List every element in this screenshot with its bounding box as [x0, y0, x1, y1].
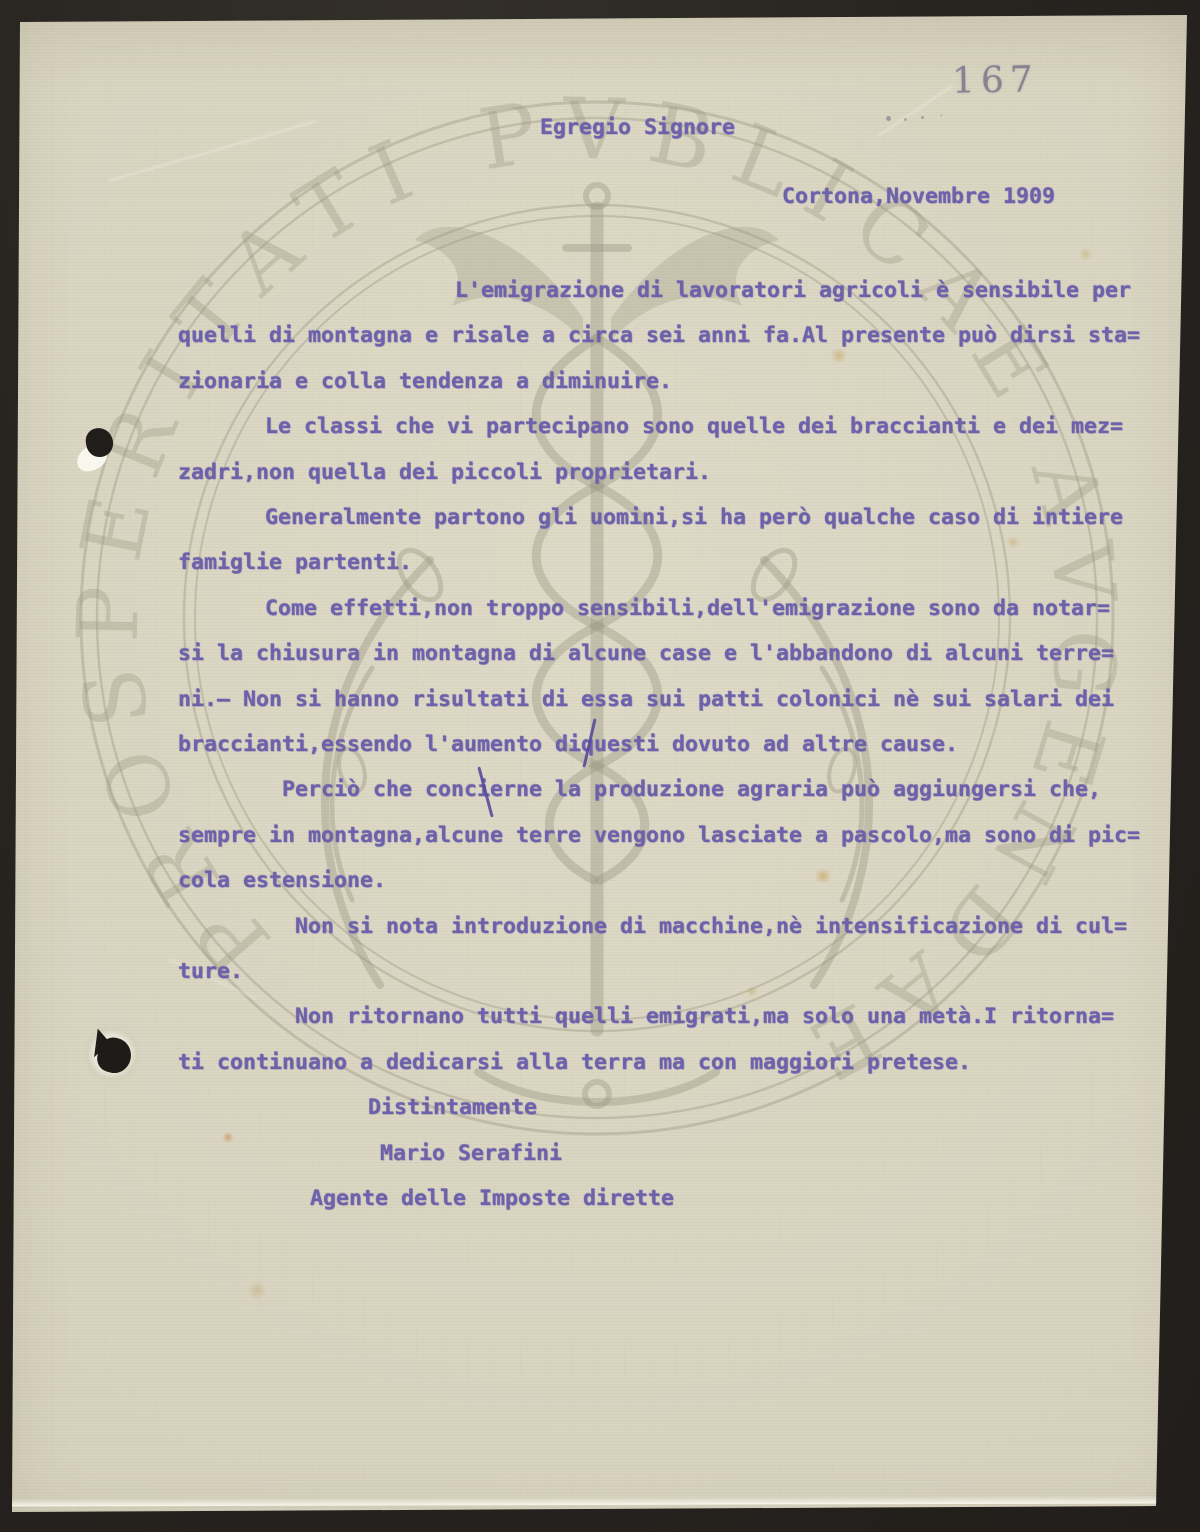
stain: [246, 1282, 268, 1299]
letter-line: Agente delle Imposte dirette: [310, 1186, 674, 1211]
stain: [746, 986, 758, 997]
dateline: Cortona,Novembre 1909: [782, 184, 1055, 209]
letter-line: ture.: [178, 959, 243, 984]
letter-line: cola estensione.: [178, 868, 386, 893]
seal-motto-text: PROSPERITATI PVBLICAE AVGENDAE: [59, 79, 1137, 1109]
letter-line: Le classi che vi partecipano sono quelle…: [265, 414, 1123, 439]
letter-line: quelli di montagna e risale a circa sei …: [178, 323, 1140, 348]
stain: [222, 1132, 234, 1143]
letter-line: braccianti,essendo l'aumento diquesti do…: [178, 732, 958, 757]
paper-edge-highlight: [10, 1495, 1160, 1506]
letter-line: ni.— Non si hanno risultati di essa sui …: [178, 687, 1114, 712]
letter-line: Non ritornano tutti quelli emigrati,ma s…: [295, 1004, 1114, 1029]
letter-line: Mario Serafini: [380, 1141, 562, 1166]
letter-line: Come effetti,non troppo sensibili,dell'e…: [265, 596, 1110, 621]
letter-line: zionaria e colla tendenza a diminuire.: [178, 369, 672, 394]
letter-line: L'emigrazione di lavoratori agricoli è s…: [455, 278, 1131, 303]
embossed-seal-watermark: PROSPERITATI PVBLICAE AVGENDAE: [0, 0, 1200, 1532]
letter-line: Perciò che concierne la produzione agrar…: [282, 777, 1101, 802]
stain: [830, 348, 848, 363]
letter-line: sempre in montagna,alcune terre vengono …: [178, 823, 1140, 848]
stain: [1078, 248, 1093, 260]
letter-line: zadri,non quella dei piccoli proprietari…: [178, 460, 711, 485]
stamp-dots: [886, 116, 891, 121]
stain: [1006, 536, 1020, 548]
letter-line: Distintamente: [368, 1095, 537, 1120]
paper-sheet: PROSPERITATI PVBLICAE AVGENDAE: [0, 0, 1200, 1532]
page-number: 167: [952, 59, 1039, 102]
paper-crease: [877, 85, 953, 137]
letter-line: Generalmente partono gli uomini,si ha pe…: [265, 505, 1123, 530]
stain: [814, 868, 832, 884]
paper-crease: [109, 120, 316, 181]
letter-line: famiglie partenti.: [178, 550, 412, 575]
letter-line: ti continuano a dedicarsi alla terra ma …: [178, 1050, 971, 1075]
scanned-letter: PROSPERITATI PVBLICAE AVGENDAE: [0, 0, 1200, 1532]
letter-line: Non si nota introduzione di macchine,nè …: [295, 914, 1127, 939]
salutation: Egregio Signore: [540, 115, 735, 140]
letter-line: si la chiusura in montagna di alcune cas…: [178, 641, 1114, 666]
